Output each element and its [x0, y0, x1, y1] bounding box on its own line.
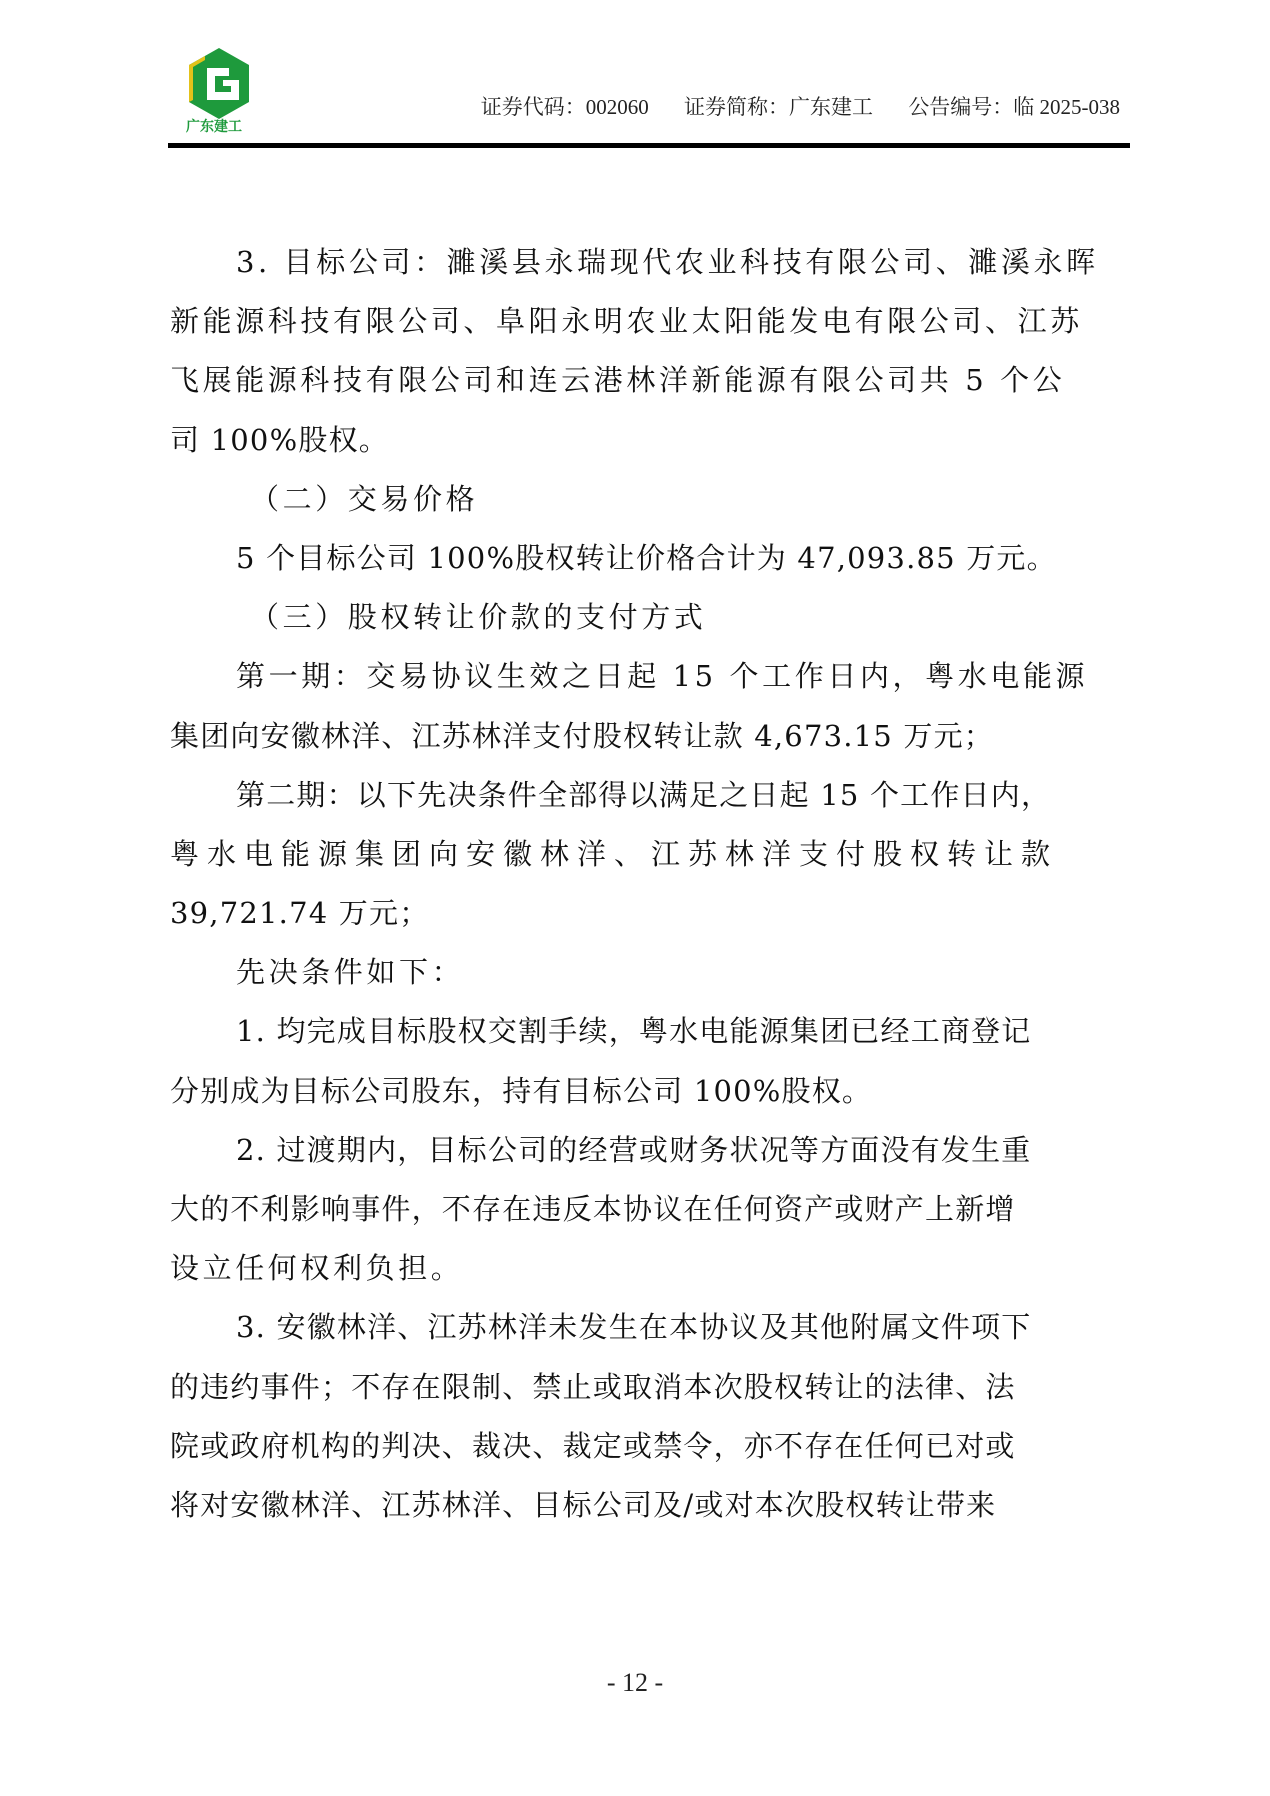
paragraph-line: 5 个目标公司 100%股权转让价格合计为 47,093.85 万元。 — [170, 536, 1115, 595]
document-header: 证券代码：002060 证券简称：广东建工 公告编号：临 2025-038 — [481, 91, 1120, 121]
paragraph-line: 新能源科技有限公司、阜阳永明农业太阳能发电有限公司、江苏 — [170, 299, 1115, 358]
section-heading: （二）交易价格 — [170, 477, 1115, 536]
paragraph-line: 分别成为目标公司股东，持有目标公司 100%股权。 — [170, 1069, 1115, 1128]
paragraph-line: 先决条件如下： — [170, 950, 1115, 1009]
paragraph-line: 39,721.74 万元； — [170, 891, 1115, 950]
paragraph-line: 司 100%股权。 — [170, 418, 1115, 477]
paragraph-line: 2. 过渡期内，目标公司的经营或财务状况等方面没有发生重 — [170, 1128, 1115, 1187]
page-number: - 12 - — [0, 1668, 1270, 1698]
paragraph-line: 集团向安徽林洋、江苏林洋支付股权转让款 4,673.15 万元； — [170, 714, 1115, 773]
paragraph-line: 院或政府机构的判决、裁决、裁定或禁令，亦不存在任何已对或 — [170, 1424, 1115, 1483]
paragraph-line: 将对安徽林洋、江苏林洋、目标公司及/或对本次股权转让带来 — [170, 1483, 1115, 1542]
paragraph-line: 第二期：以下先决条件全部得以满足之日起 15 个工作日内， — [170, 773, 1115, 832]
announcement-number: 公告编号：临 2025-038 — [908, 95, 1120, 119]
paragraph-line: 3. 安徽林洋、江苏林洋未发生在本协议及其他附属文件项下 — [170, 1305, 1115, 1364]
paragraph-line: 设立任何权利负担。 — [170, 1246, 1115, 1305]
paragraph-line: 粤水电能源集团向安徽林洋、江苏林洋支付股权转让款 — [170, 832, 1115, 891]
paragraph-line: 大的不利影响事件，不存在违反本协议在任何资产或财产上新增 — [170, 1187, 1115, 1246]
paragraph-line: 的违约事件；不存在限制、禁止或取消本次股权转让的法律、法 — [170, 1365, 1115, 1424]
paragraph-line: 3. 目标公司：濉溪县永瑞现代农业科技有限公司、濉溪永晖 — [170, 240, 1115, 299]
logo-text: 广东建工 — [186, 116, 242, 136]
header-rule — [168, 143, 1130, 148]
stock-code: 证券代码：002060 — [481, 95, 649, 119]
stock-abbreviation: 证券简称：广东建工 — [684, 95, 873, 119]
document-body: 3. 目标公司：濉溪县永瑞现代农业科技有限公司、濉溪永晖 新能源科技有限公司、阜… — [170, 240, 1115, 1542]
paragraph-line: 第一期：交易协议生效之日起 15 个工作日内，粤水电能源 — [170, 654, 1115, 713]
paragraph-line: 飞展能源科技有限公司和连云港林洋新能源有限公司共 5 个公 — [170, 358, 1115, 417]
paragraph-line: 1. 均完成目标股权交割手续，粤水电能源集团已经工商登记 — [170, 1009, 1115, 1068]
section-heading: （三）股权转让价款的支付方式 — [170, 595, 1115, 654]
